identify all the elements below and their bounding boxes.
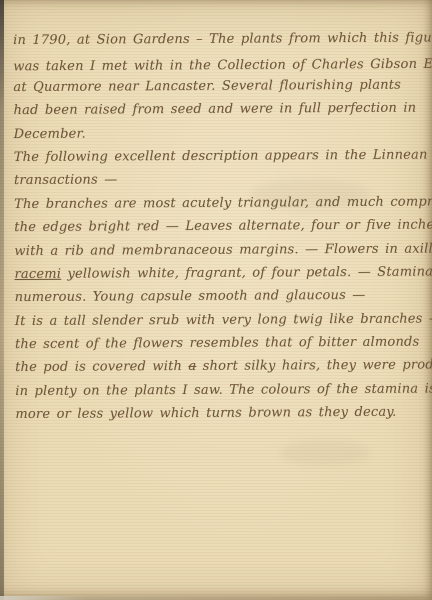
manuscript-line: numerous. Young capsule smooth and glauc… [15, 284, 432, 310]
manuscript-text-segment: at Quarmore near Lancaster. Several flou… [13, 77, 401, 94]
manuscript-line: The branches are most acutely triangular… [14, 190, 432, 216]
manuscript-text-segment: It is a tall slender srub with very long… [15, 311, 432, 329]
manuscript-line: the edges bright red — Leaves alternate,… [14, 214, 432, 240]
manuscript-text-segment: the scent of the flowers resembles that … [15, 335, 420, 352]
manuscript-text-segment: the pod is covered with [15, 359, 188, 375]
manuscript-line: transactions — [14, 167, 432, 193]
manuscript-line: the scent of the flowers resembles that … [15, 331, 432, 357]
manuscript-line: The following excellent description appe… [14, 143, 432, 169]
manuscript-line: with a rib and membranaceous margins. — … [14, 237, 432, 263]
manuscript-text-segment: the edges bright red — Leaves alternate,… [14, 217, 432, 235]
manuscript-line: at Quarmore near Lancaster. Several flou… [13, 73, 432, 99]
manuscript-text-segment: The branches are most acutely triangular… [14, 194, 432, 212]
manuscript-line: in 1790, at Sion Gardens – The plants fr… [13, 26, 432, 52]
manuscript-page: in 1790, at Sion Gardens – The plants fr… [0, 0, 432, 600]
manuscript-text-segment: in plenty on the plants I saw. The colou… [15, 381, 432, 399]
manuscript-text-segment: was taken I met with in the Collection o… [13, 57, 432, 75]
manuscript-text-segment: with a rib and membranaceous margins. — … [14, 241, 432, 259]
manuscript-line: had been raised from seed and were in fu… [13, 97, 432, 123]
manuscript-line: It is a tall slender srub with very long… [15, 307, 432, 333]
manuscript-text-segment: yellowish white, fragrant, of four petal… [61, 264, 432, 281]
manuscript-text-segment: December. [14, 126, 86, 141]
manuscript-line: the pod is covered with a short silky ha… [15, 354, 432, 380]
manuscript-text-block: in 1790, at Sion Gardens – The plants fr… [13, 26, 432, 426]
manuscript-text-segment: The following excellent description appe… [14, 147, 428, 165]
manuscript-text-segment: transactions — [14, 173, 118, 189]
manuscript-text-segment: numerous. Young capsule smooth and glauc… [15, 288, 366, 305]
manuscript-line: was taken I met with in the Collection o… [13, 50, 432, 76]
manuscript-text-segment: had been raised from seed and were in fu… [13, 101, 416, 118]
manuscript-text-segment: short silky hairs, they were produced [196, 358, 432, 375]
manuscript-line: December. [14, 120, 432, 146]
ink-showthrough-smudge [280, 440, 370, 466]
manuscript-text-segment: racemi [14, 267, 61, 282]
manuscript-line: racemi yellowish white, fragrant, of fou… [14, 260, 432, 286]
manuscript-text-segment: more or less yellow which turns brown as… [15, 405, 396, 422]
manuscript-line: in plenty on the plants I saw. The colou… [15, 377, 432, 403]
manuscript-line: more or less yellow which turns brown as… [15, 401, 432, 427]
manuscript-text-segment: in 1790, at Sion Gardens – The plants fr… [13, 30, 432, 48]
